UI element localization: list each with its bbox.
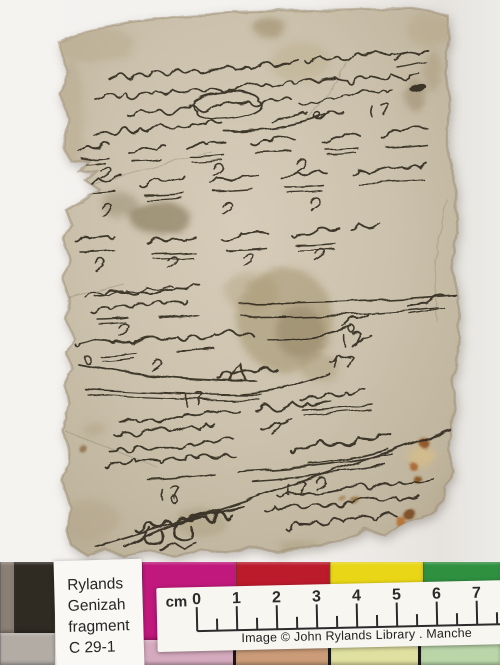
color-patch-gray	[0, 633, 55, 665]
manuscript-fragment: Torn handwritten manuscript fragment (Ge…	[0, 0, 500, 562]
shelfmark-label: Rylands Genizah fragment C 29-1	[54, 559, 145, 665]
ruler-unit-label: cm	[165, 593, 187, 610]
ruler: cm 0 1 2 3 4 5 6 7 Image © John Rylands …	[156, 580, 500, 652]
label-line-2: Genizah	[67, 594, 143, 617]
photo-area: Torn handwritten manuscript fragment (Ge…	[0, 0, 500, 562]
color-patch-black	[14, 562, 55, 633]
label-line-1: Rylands	[67, 573, 143, 596]
label-line-3: fragment	[68, 615, 144, 638]
label-line-4: C 29-1	[69, 636, 145, 659]
color-calibration-bar: Rylands Genizah fragment C 29-1 cm 0 1 2…	[0, 562, 500, 665]
digitized-manuscript-photo: Torn handwritten manuscript fragment (Ge…	[0, 0, 500, 665]
paper-sheet	[55, 8, 460, 557]
color-patch-dark-gray	[0, 562, 14, 633]
